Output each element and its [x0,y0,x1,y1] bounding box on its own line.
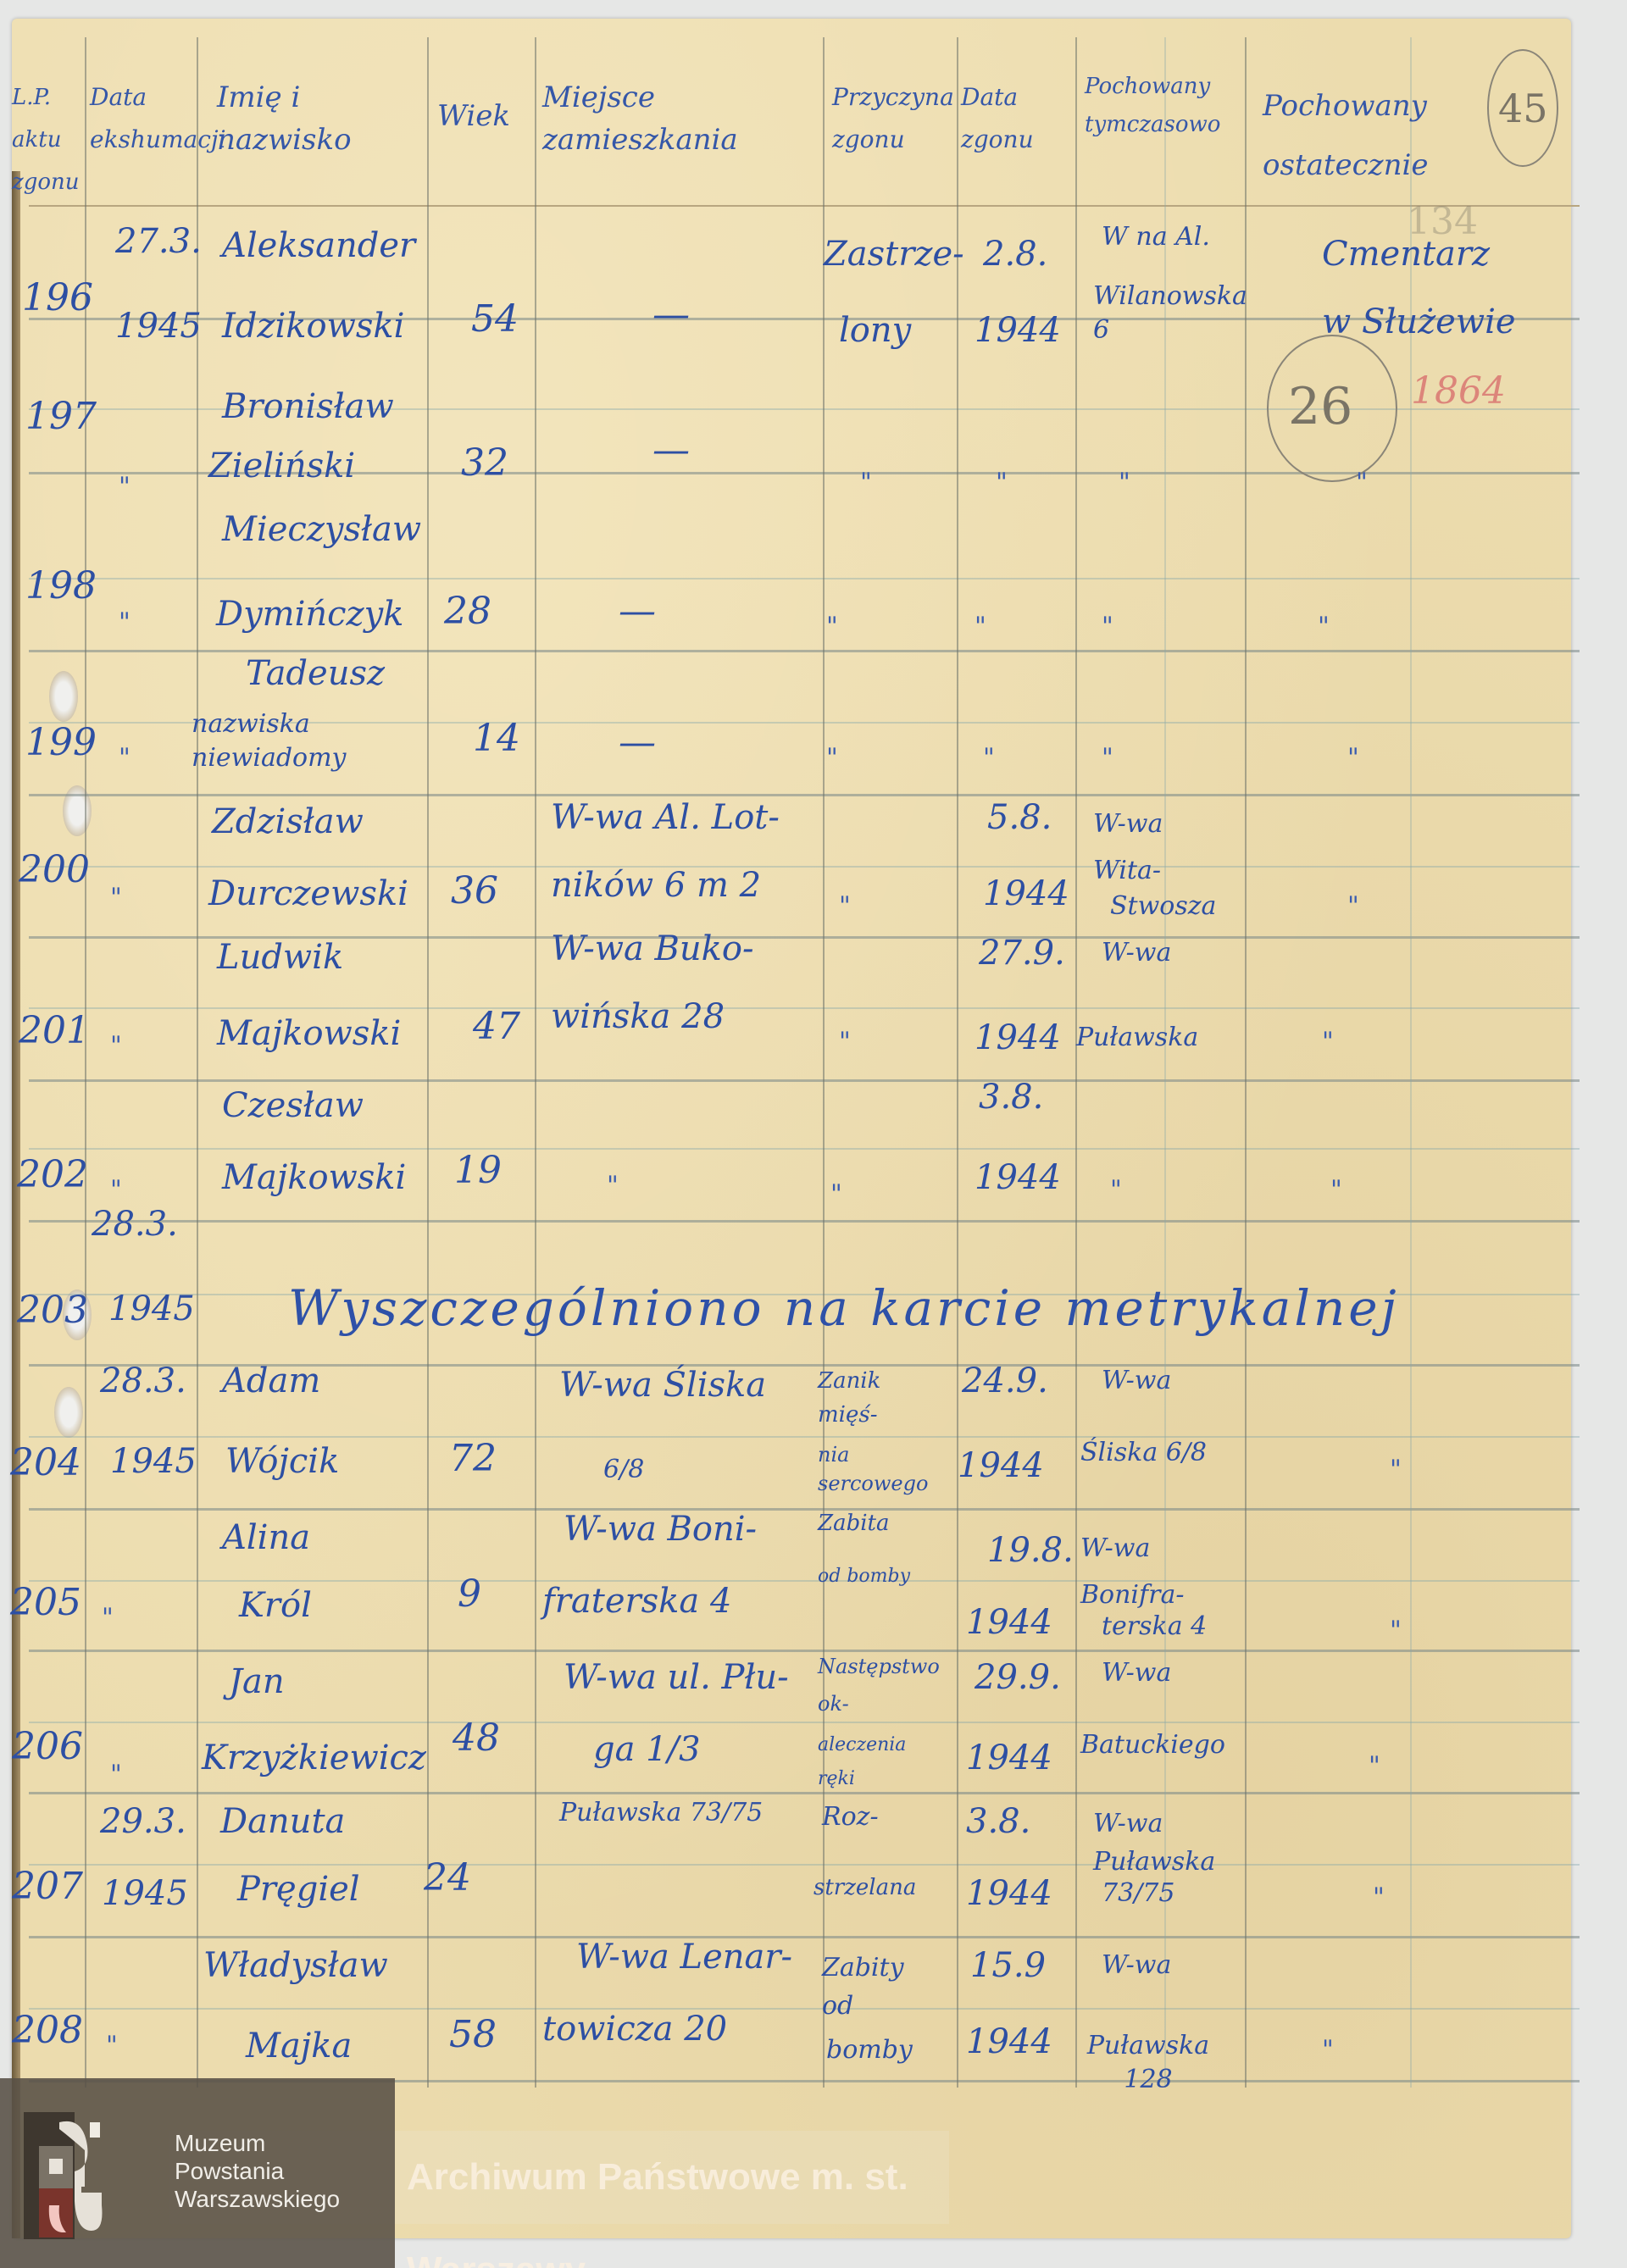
row-204-cause1: Zanik mięś- [818,1364,919,1432]
header-final-burial: Pochowany ostatecznie [1263,76,1458,195]
row-207-fb: " [1373,1885,1386,1910]
header-death-date: Data zgonu [961,76,1063,161]
column-rule [535,37,536,2088]
column-rule [1410,37,1412,2088]
row-196-res: — [652,297,690,334]
museum-logo-icon [24,2112,151,2239]
row-206-tb1: W-wa [1102,1661,1171,1686]
row-198-age: 28 [444,593,491,630]
row-198-cause: " [826,614,840,640]
punch-hole [63,785,92,836]
row-rule [29,650,1580,652]
row-rule [29,1722,1580,1723]
row-206-cause2: aleczenia ręki [818,1728,928,1796]
row-201-fb: " [1322,1029,1335,1055]
row-204-dd1: 24.9. [962,1364,1048,1398]
row-197-tb: " [1119,470,1132,496]
row-202-dd1: 3.8. [979,1080,1043,1114]
row-208-first: Władysław [203,1949,388,1982]
row-204-fb: " [1390,1457,1403,1483]
column-rule [85,37,86,2088]
row-205-tb2: terska 4 [1102,1614,1207,1639]
row-rule [29,1220,1580,1223]
row-208-lp: 208 [12,2012,83,2049]
row-200-last: Durczewski [208,877,408,911]
row-206-dd2: 1944 [966,1741,1052,1775]
header-age: Wiek [437,102,510,130]
row-201-first: Ludwik [217,940,343,974]
row-196-date1: 27.3. [115,225,202,258]
circled-mark-number: 26 [1288,381,1352,432]
row-202-lp: 202 [17,1156,88,1194]
row-200-fb: " [1347,894,1361,919]
row-199-res: — [619,724,656,762]
row-198-last: Dymińczyk [216,597,403,631]
row-198-dd: " [975,614,988,640]
row-205-first: Alina [222,1521,310,1555]
row-202-fb: " [1330,1178,1344,1203]
row-198-date: " [119,610,132,635]
row-208-dd2: 1944 [966,2025,1052,2059]
row-200-tb1: W-wa Wita- [1093,801,1229,894]
row-208-cause2: bomby [826,2038,913,2063]
row-205-fb: " [1390,1618,1403,1644]
row-199-tb: " [1102,746,1115,771]
row-rule [29,578,1580,579]
row-201-date: " [110,1034,124,1059]
column-rule [1245,37,1247,2088]
header-cause: Przyczyna zgonu [832,76,951,161]
header-date-exhumation: Data ekshumacji [90,76,192,161]
row-rule [29,2008,1580,2010]
row-201-res2: wińska 28 [551,1000,725,1034]
row-207-cause1: Roz- [822,1805,879,1830]
row-204-date1: 28.3. [100,1364,186,1398]
row-200-dd1: 5.8. [987,801,1052,835]
row-196-dd1: 2.8. [983,237,1047,271]
row-205-cause1: Zabita [818,1512,889,1534]
museum-logo-box: Muzeum Powstania Warszawskiego [0,2078,395,2268]
row-202-last: Majkowski [222,1161,406,1195]
row-207-date1: 29.3. [100,1805,186,1838]
row-208-last: Majka [246,2029,352,2063]
row-199-last: nazwiska niewiadomy [192,707,403,775]
row-202-cause: " [830,1182,844,1207]
row-197-age: 32 [461,445,508,482]
row-203-notice: Wyszczególniono na karcie metrykalnej [288,1279,1400,1337]
row-201-dd1: 27.9. [979,936,1065,970]
row-208-date: " [106,2033,119,2059]
row-200-dd2: 1944 [983,877,1069,911]
row-202-date: " [110,1178,124,1203]
row-208-dd1: 15.9 [970,1949,1046,1982]
row-205-age: 9 [458,1576,481,1613]
row-203-date2: 1945 [108,1292,195,1326]
row-208-tb1: W-wa [1102,1953,1171,1978]
row-206-cause1: Następstwo ok- [818,1648,928,1722]
row-206-date: " [110,1762,124,1788]
row-206-age: 48 [453,1720,500,1757]
header-name: Imię i nazwisko [217,76,420,161]
row-rule [29,1936,1580,1938]
row-208-res2: towicza 20 [542,2012,727,2046]
row-204-tb2: Śliska 6/8 [1080,1440,1207,1466]
row-196-age: 54 [471,301,519,338]
row-208-age: 58 [449,2016,497,2054]
row-205-tb1: W-wa Bonifra- [1080,1525,1233,1618]
row-204-res2: 6/8 [603,1457,644,1483]
row-203-date1: 28.3. [92,1207,178,1241]
binding-edge [12,171,20,2238]
row-206-tb2: Batuckiego [1080,1733,1225,1758]
row-204-tb1: W-wa [1102,1368,1171,1394]
row-204-dd2: 1944 [958,1449,1044,1483]
row-199-fb: " [1347,746,1361,771]
row-197-last: Zieliński [208,449,355,483]
row-199-age: 14 [473,720,520,757]
row-196-date2: 1945 [115,309,202,343]
row-200-res2: ników 6 m 2 [551,868,761,902]
row-204-date2: 1945 [110,1445,197,1478]
row-200-tb2: Stwosza [1110,894,1216,919]
row-196-last: Idzikowski [222,309,404,343]
row-206-last: Krzyżkiewicz [202,1741,426,1775]
logo-line-1: Muzeum [175,2129,340,2157]
page-number: 45 [1498,89,1548,128]
row-207-last: Pręgiel [237,1872,360,1906]
row-205-cause2: od bomby [818,1567,910,1586]
row-201-tb2: Puławska [1076,1025,1198,1051]
row-204-first: Adam [222,1364,320,1398]
row-208-res1: W-wa Lenar- [576,1940,792,1974]
row-196-lp: 196 [22,280,93,317]
row-205-last: Król [239,1589,312,1622]
row-197-fb: " [1356,470,1369,496]
row-208-tb2: Puławska 128 [1063,2029,1233,2097]
row-207-cause2: strzelana [813,1877,916,1899]
row-207-tb1: W-wa Puławska [1093,1805,1237,1881]
row-202-tb: " [1110,1178,1124,1203]
row-207-lp: 207 [12,1868,83,1905]
row-202-first: Czesław [222,1089,364,1123]
row-206-lp: 206 [12,1728,83,1766]
row-204-age: 72 [449,1440,497,1478]
row-rule [29,794,1580,796]
punch-hole [49,671,78,722]
logo-line-2: Powstania [175,2157,340,2185]
row-205-date: " [102,1605,115,1631]
museum-logo-text: Muzeum Powstania Warszawskiego [175,2129,340,2213]
row-205-dd2: 1944 [966,1605,1052,1639]
row-199-first: Tadeusz [246,657,385,690]
row-200-cause: " [839,894,852,919]
row-199-date: " [119,746,132,771]
row-204-last: Wójcik [225,1445,339,1478]
row-200-age: 36 [451,873,498,910]
row-197-res: — [652,432,690,469]
row-197-dd: " [996,470,1009,496]
row-204-lp: 204 [10,1445,81,1482]
row-rule [29,866,1580,868]
row-196-tb2: Wilanowska 6 [1093,280,1237,347]
row-202-dd2: 1944 [975,1161,1061,1195]
column-rule [957,37,958,2088]
row-206-dd1: 29.9. [975,1661,1061,1694]
header-residence: Miejsce zamieszkania [542,76,830,161]
row-202-res: " [607,1173,620,1199]
row-201-age: 47 [473,1008,520,1045]
row-204-cause2: nia sercowego [818,1440,928,1498]
row-200-lp: 200 [19,851,90,889]
row-rule [29,1079,1580,1082]
row-196-fb1: Cmentarz [1322,237,1490,271]
row-208-cause1: Zabity od [822,1949,915,2025]
row-198-lp: 198 [25,568,97,605]
header-lp: L.P. aktu zgonu [12,76,80,203]
row-196-fb2: w Służewie [1322,305,1516,339]
row-199-lp: 199 [25,724,97,762]
row-207-age: 24 [424,1860,471,1897]
logo-line-3: Warszawskiego [175,2185,340,2213]
row-201-dd2: 1944 [975,1021,1061,1055]
row-204-res1: W-wa Śliska [559,1368,766,1402]
row-200-date: " [110,885,124,911]
row-201-lp: 201 [19,1012,90,1050]
row-196-tb1: W na Al. [1102,225,1210,250]
row-203-lp: 203 [17,1292,88,1329]
row-198-tb: " [1102,614,1115,640]
row-207-dd2: 1944 [966,1877,1052,1910]
row-196-cause1: Zastrze- [824,237,964,271]
row-205-res2: fraterska 4 [542,1584,731,1618]
column-rule [427,37,429,2088]
punch-hole [54,1387,83,1438]
row-rule [29,1650,1580,1652]
row-201-tb1: W-wa [1102,940,1171,966]
row-205-dd1: 19.8. [987,1533,1074,1567]
row-rule [29,1436,1580,1438]
row-198-res: — [619,593,656,630]
row-rule [29,1792,1580,1794]
row-201-last: Majkowski [217,1017,401,1051]
row-206-res2: ga 1/3 [593,1733,701,1766]
row-196-first: Aleksander [222,229,415,263]
row-197-lp: 197 [25,398,97,435]
row-196-cause2: lony [839,313,911,347]
row-rule [29,1580,1580,1582]
row-197-first: Bronisław [222,390,394,424]
row-rule [29,1508,1580,1511]
row-206-fb: " [1369,1754,1382,1779]
row-rule [29,1148,1580,1150]
row-207-dd1: 3.8. [966,1805,1030,1838]
row-199-dd: " [983,746,997,771]
row-201-cause: " [839,1029,852,1055]
row-rule [29,1864,1580,1866]
row-205-lp: 205 [10,1584,81,1622]
row-208-fb: " [1322,2038,1335,2063]
row-198-fb: " [1318,614,1331,640]
row-196-dd2: 1944 [975,313,1061,347]
row-207-first: Danuta [220,1805,345,1838]
header-temp-burial: Pochowany tymczasowo [1085,68,1229,144]
row-207-date2: 1945 [102,1877,188,1910]
row-197-date: " [119,474,132,500]
row-197-cause: " [860,470,874,496]
column-rule [1075,37,1077,2088]
row-201-res1: W-wa Buko- [551,932,754,966]
row-207-tb2: 73/75 [1102,1881,1174,1906]
row-200-res1: W-wa Al. Lot- [551,801,780,835]
row-200-first: Zdzisław [212,805,364,839]
row-rule [29,1007,1580,1009]
row-198-first: Mieczysław [222,513,421,546]
red-pencil-mark: 1864 [1411,373,1506,410]
row-206-res1: W-wa ul. Płu- [564,1661,789,1694]
row-206-first: Jan [229,1665,285,1699]
row-199-cause: " [826,746,840,771]
row-205-res1: W-wa Boni- [564,1512,757,1546]
row-202-age: 19 [454,1152,502,1189]
row-207-res1: Puławska 73/75 [559,1800,763,1826]
